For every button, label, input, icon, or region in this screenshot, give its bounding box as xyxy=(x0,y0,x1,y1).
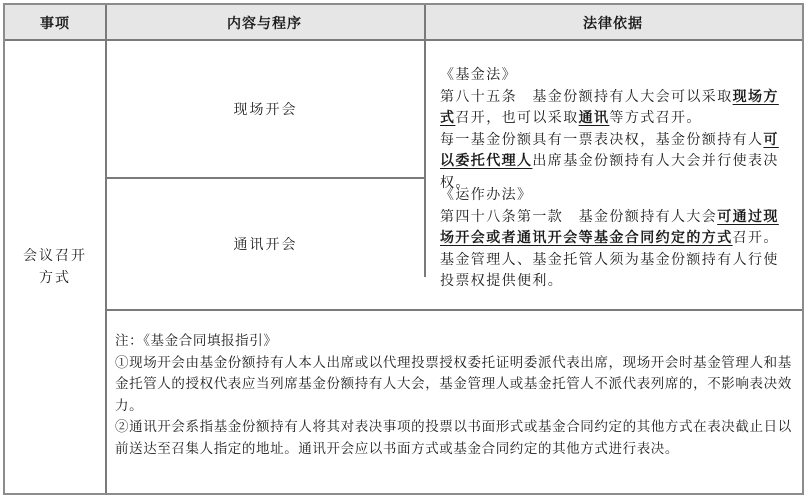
operation-measures-source: 《运作办法》 xyxy=(440,185,792,207)
procedure-correspondence-cell: 通讯开会 xyxy=(107,179,424,309)
text-segment: 每一基金份额具有一票表决权，基金份额持有人 xyxy=(440,132,763,148)
item-label-line-2: 方式 xyxy=(39,267,71,289)
text-segment: 召开，也可以采取 xyxy=(455,110,578,126)
fund-law-source: 《基金法》 xyxy=(440,65,792,87)
procedure-onsite-cell: 现场开会 xyxy=(107,41,424,177)
note-title: 注：《基金合同填报指引》 xyxy=(115,331,792,353)
operation-measures-article-48: 第四十八条第一款 基金份额持有人大会可通过现场开会或者通讯开会等基金合同约定的方… xyxy=(440,207,792,293)
text-segment: 第八十五条 基金份额持有人大会可以采取 xyxy=(440,89,733,105)
header-item: 事项 xyxy=(5,5,105,41)
fund-law-article-85: 第八十五条 基金份额持有人大会可以采取现场方式召开，也可以采取通讯等方式召开。 xyxy=(440,87,792,130)
procedure-correspondence-label: 通讯开会 xyxy=(234,234,298,254)
procedure-onsite-label: 现场开会 xyxy=(234,99,298,119)
item-label-line-1: 会议召开 xyxy=(23,245,87,267)
legal-basis-operation-measures: 《运作办法》 第四十八条第一款 基金份额持有人大会可通过现场开会或者通讯开会等基… xyxy=(426,185,802,293)
header-legal-basis: 法律依据 xyxy=(424,5,802,41)
header-legal-basis-label: 法律依据 xyxy=(583,13,643,33)
note-item-onsite: ①现场开会由基金份额持有人本人出席或以代理投票授权委托证明委派代表出席，现场开会… xyxy=(115,353,792,418)
row-divider-2 xyxy=(105,309,802,311)
emphasis-segment: 通讯 xyxy=(579,110,610,126)
legal-basis-fund-law: 《基金法》 第八十五条 基金份额持有人大会可以采取现场方式召开，也可以采取通讯等… xyxy=(426,65,802,194)
header-item-label: 事项 xyxy=(40,13,70,33)
text-segment: 等方式召开。 xyxy=(609,110,701,126)
header-procedure: 内容与程序 xyxy=(105,5,424,41)
note-item-correspondence: ②通讯开会系指基金份额持有人将其对表决事项的投票以书面形式或基金合同约定的其他方… xyxy=(115,417,792,460)
item-cell: 会议召开 方式 xyxy=(5,41,105,493)
header-procedure-label: 内容与程序 xyxy=(227,13,302,33)
text-segment: 第四十八条第一款 基金份额持有人大会 xyxy=(440,209,717,225)
meeting-method-table: 事项 内容与程序 法律依据 会议召开 方式 现场开会 通讯开会 《基金法》 第八… xyxy=(3,3,804,495)
note-cell: 注：《基金合同填报指引》 ①现场开会由基金份额持有人本人出席或以代理投票授权委托… xyxy=(107,331,802,461)
